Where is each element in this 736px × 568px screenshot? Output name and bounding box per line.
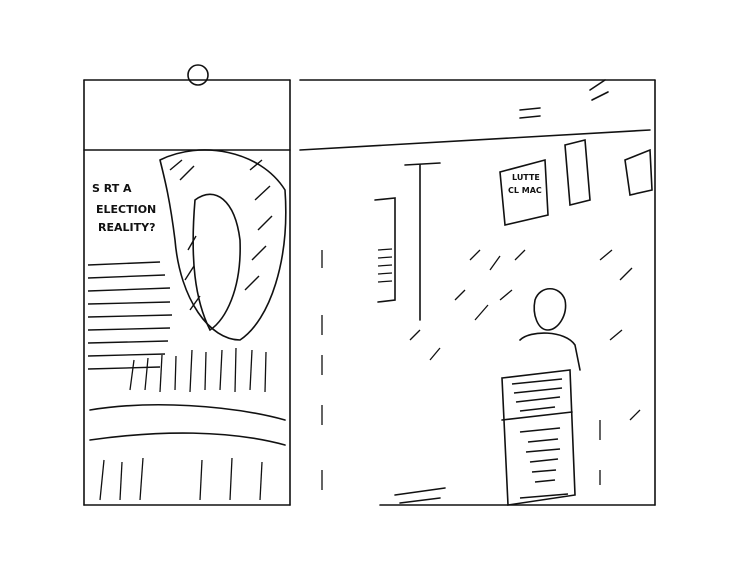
- sign-line-2: ELECTION: [96, 203, 156, 216]
- sign-line-1: S RT A: [92, 182, 132, 195]
- sketch-canvas: S RT A ELECTION REALITY? LUTTE CL MAC: [0, 0, 736, 568]
- right-panel: LUTTE CL MAC: [300, 80, 655, 505]
- sign-line-3: REALITY?: [98, 221, 155, 234]
- small-sign-line-1: LUTTE: [512, 173, 540, 182]
- small-sign-line-2: CL MAC: [508, 186, 542, 195]
- left-panel: S RT A ELECTION REALITY?: [84, 65, 290, 505]
